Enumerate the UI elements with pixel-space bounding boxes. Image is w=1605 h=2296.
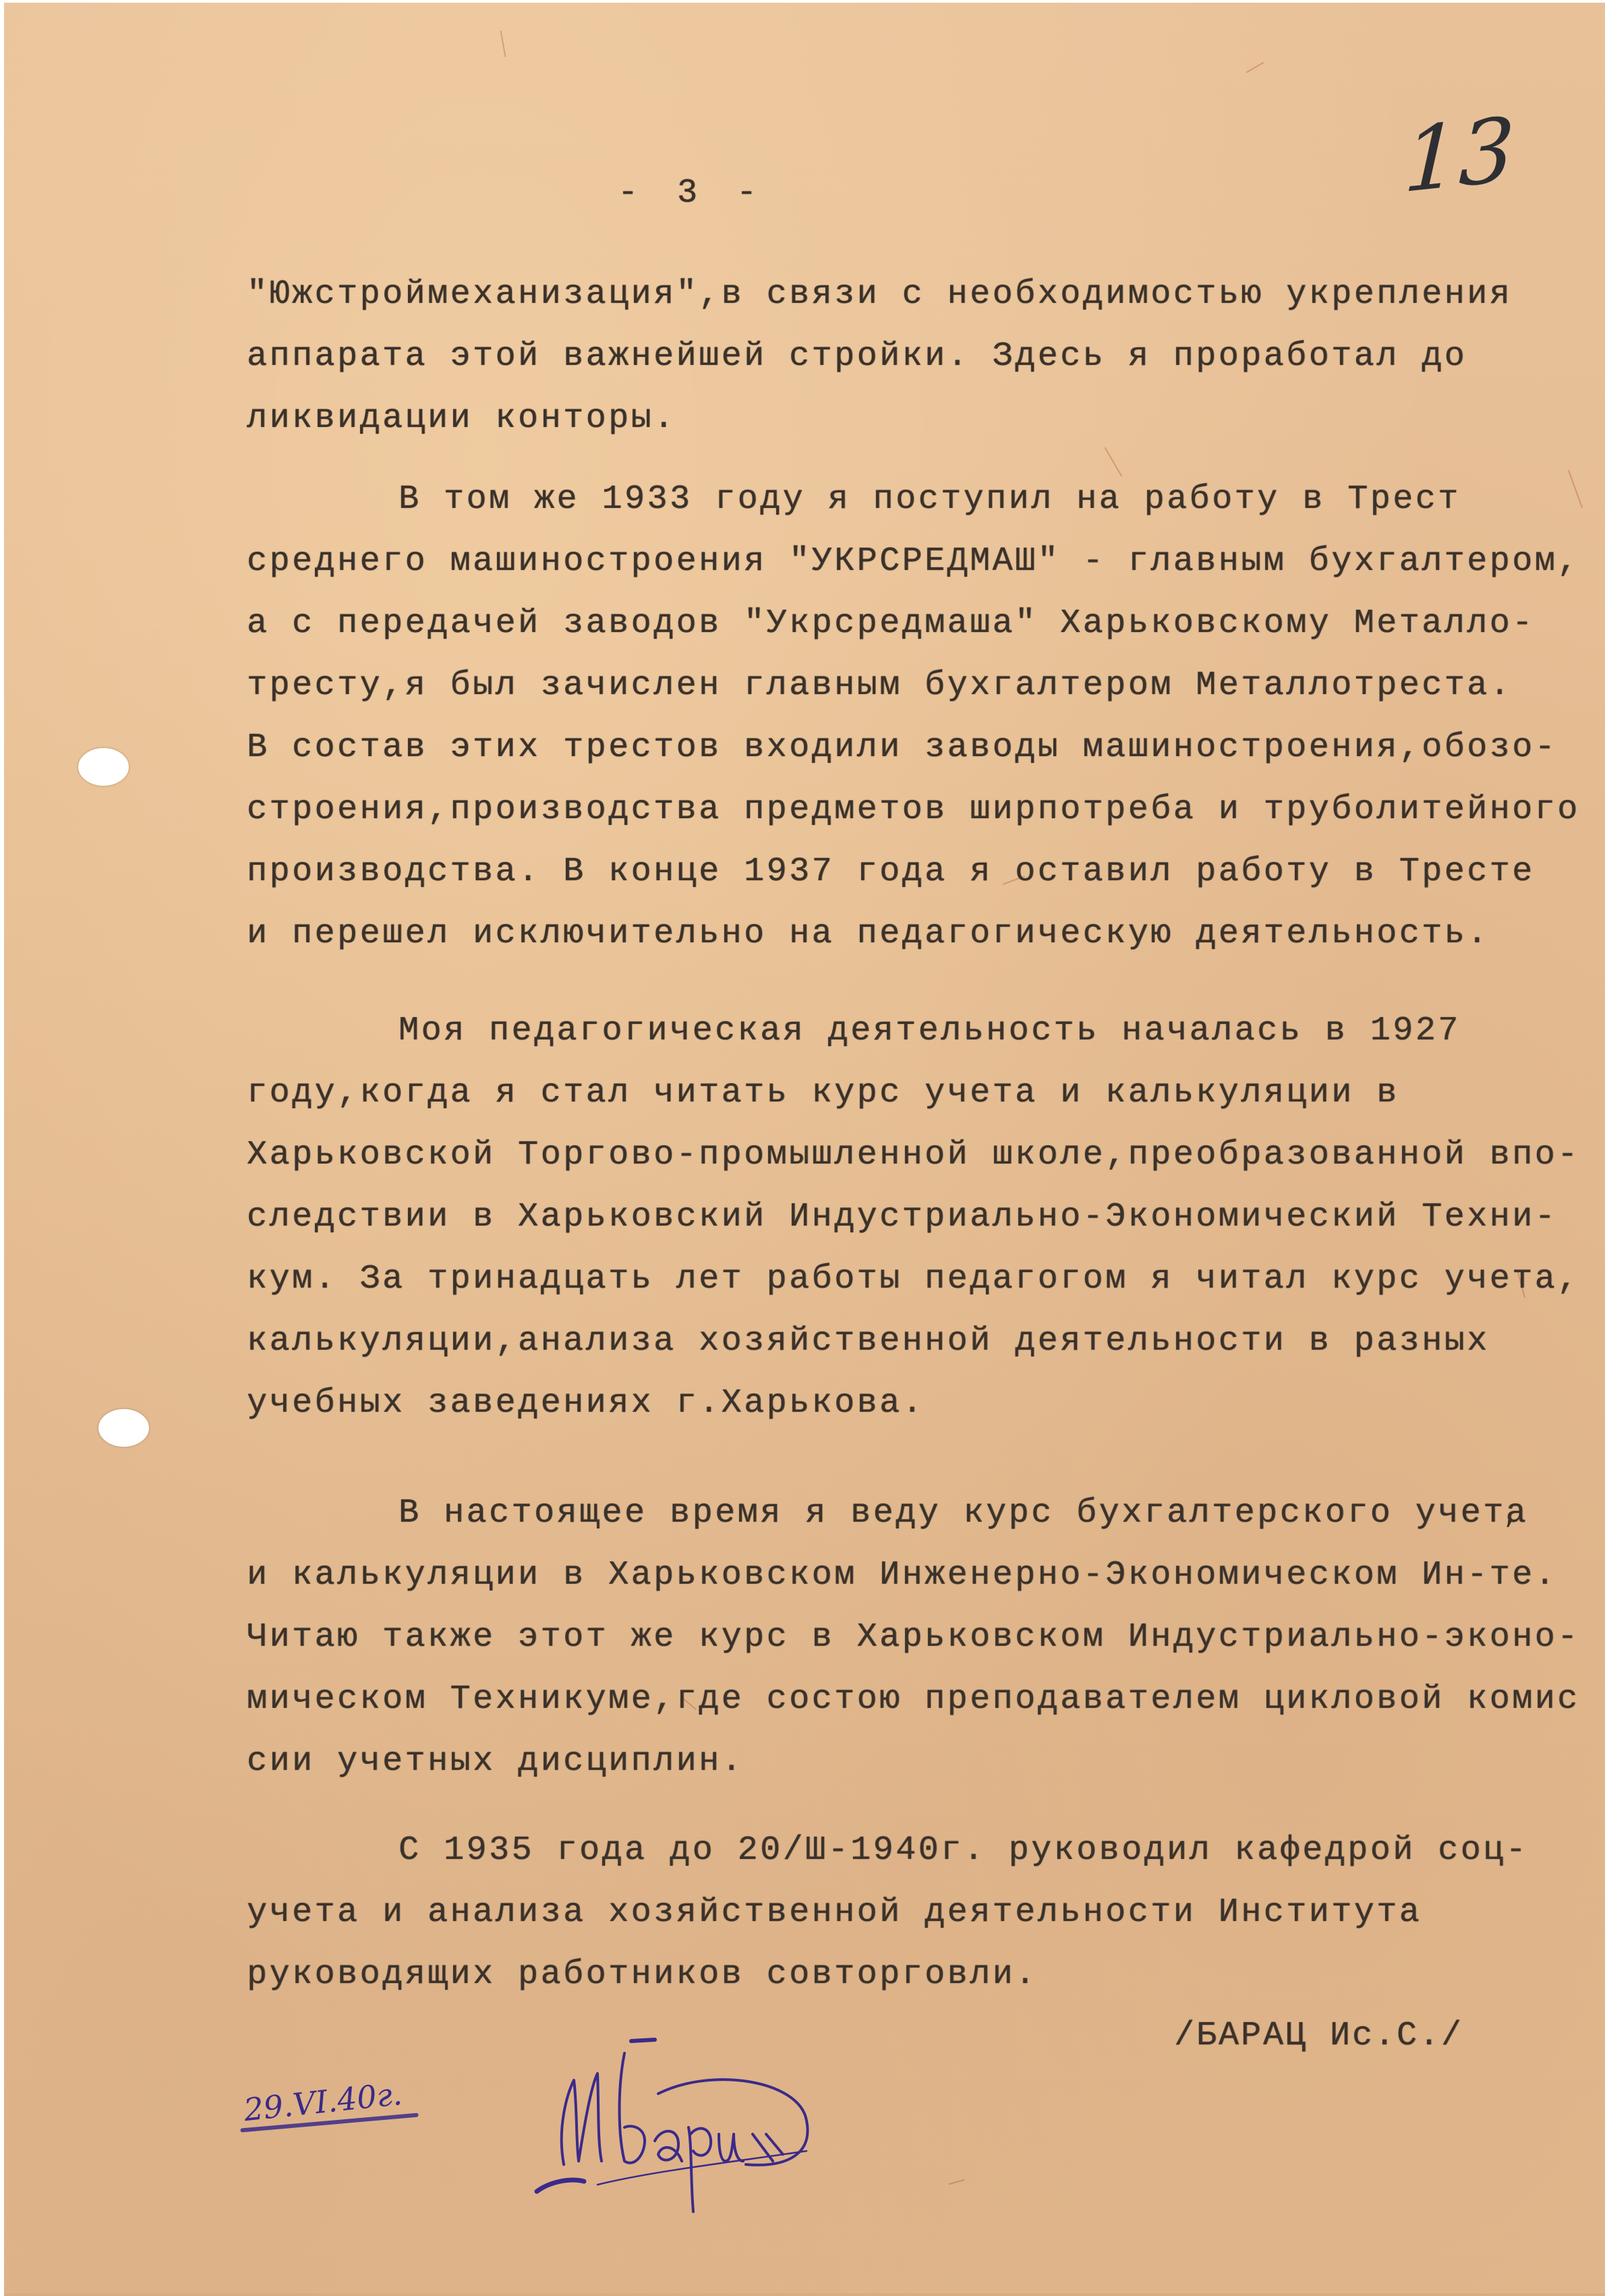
text-line: В состав этих трестов входили заводы маш… — [247, 731, 1557, 765]
text-line: и перешел исключительно на педагогическу… — [247, 917, 1490, 951]
text-line: сии учетных дисциплин. — [247, 1745, 744, 1779]
document-page: 13 - 3 - "Южстроймеханизация",в связи с … — [4, 3, 1605, 2296]
typed-text: - 3 - "Южстроймеханизация",в связи с нео… — [4, 3, 1605, 2293]
text-line: аппарата этой важнейшей стройки. Здесь я… — [247, 340, 1467, 374]
typed-signatory-name: /БАРАЦ Ис.С./ — [1174, 2019, 1463, 2053]
text-line: В настоящее время я веду курс бухгалтерс… — [399, 1497, 1528, 1530]
text-line: Харьковской Торгово-промышленной школе,п… — [247, 1139, 1580, 1172]
text-line: В том же 1933 году я поступил на работу … — [399, 483, 1461, 517]
text-line: С 1935 года до 20/Ш-1940г. руководил каф… — [399, 1834, 1528, 1868]
text-line: кум. За тринадцать лет работы педагогом … — [247, 1263, 1580, 1296]
text-line: Читаю также этот же курс в Харьковском И… — [247, 1621, 1580, 1655]
text-line: следствии в Харьковский Индустриально-Эк… — [247, 1201, 1557, 1234]
text-line: калькуляции,анализа хозяйственной деятел… — [247, 1325, 1490, 1358]
text-line: учебных заведениях г.Харькова. — [247, 1387, 925, 1420]
text-line: производства. В конце 1937 года я остави… — [247, 855, 1535, 889]
text-line: и калькуляции в Харьковском Инженерно-Эк… — [247, 1559, 1557, 1592]
text-line: ликвидации конторы. — [247, 402, 676, 436]
page-number: - 3 - — [618, 177, 766, 210]
text-line: тресту,я был зачислен главным бухгалтеро… — [247, 669, 1512, 703]
text-line: а с передачей заводов "Укрсредмаша" Харь… — [247, 607, 1535, 641]
text-line: "Южстроймеханизация",в связи с необходим… — [247, 278, 1512, 312]
text-line: среднего машиностроения "УКРСРЕДМАШ" - г… — [247, 545, 1580, 579]
handwritten-signature: ИБарац — [517, 2026, 948, 2215]
text-line: строения,производства предметов ширпотре… — [247, 793, 1580, 827]
text-line: руководящих работников совторговли. — [247, 1958, 1038, 1992]
text-line: мическом Техникуме,где состою преподават… — [247, 1683, 1580, 1717]
ink-tick: , — [1505, 1497, 1514, 1531]
text-line: учета и анализа хозяйственной деятельнос… — [247, 1896, 1422, 1930]
text-line: году,когда я стал читать курс учета и ка… — [247, 1077, 1399, 1110]
text-line: Моя педагогическая деятельность началась… — [399, 1014, 1461, 1048]
